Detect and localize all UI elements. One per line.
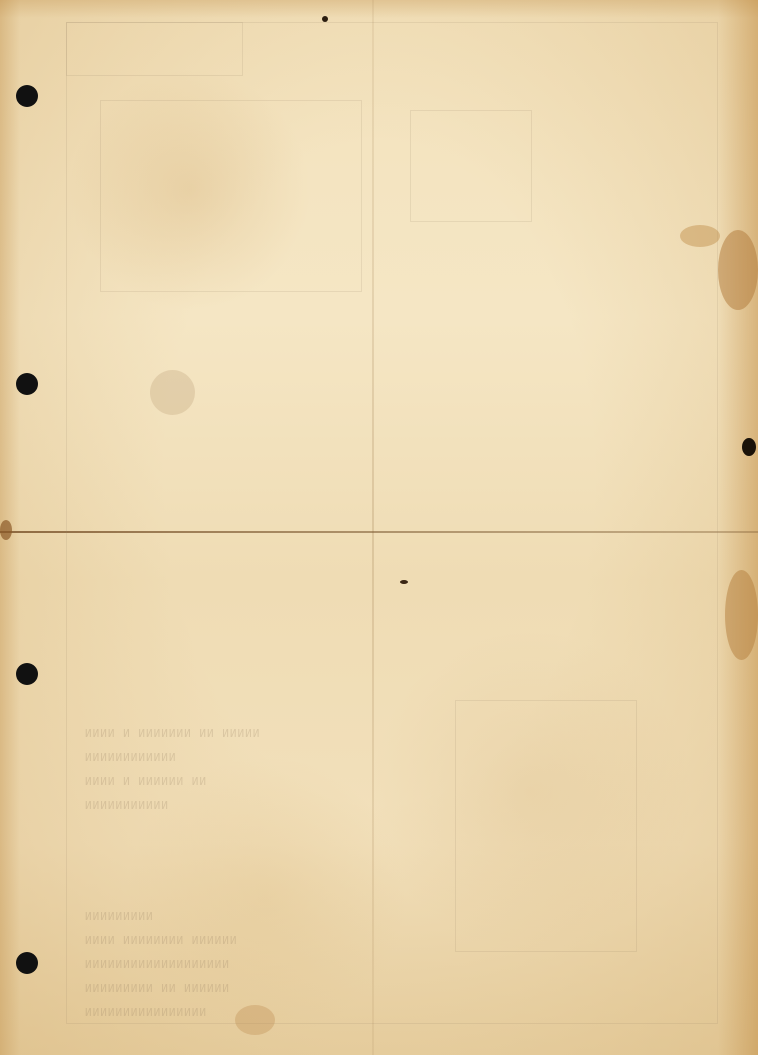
ink-speck <box>322 16 328 22</box>
faded-bleed-text: NNNNNNNNNNN <box>84 794 168 818</box>
water-stain <box>680 225 720 247</box>
edge-tear-stain <box>0 520 12 540</box>
water-stain <box>718 230 758 310</box>
faded-drawing-border <box>66 22 718 1024</box>
faded-bleed-text: NNNNN NN NNNNNNN N NNNN <box>84 722 259 746</box>
faded-bleed-text: NN NNNNNN N NNNN <box>84 770 206 794</box>
punch-hole <box>16 85 38 107</box>
punch-hole <box>16 952 38 974</box>
faded-bleed-text: NNNNNNNNN <box>84 905 153 929</box>
faded-bleed-text: NNNNNNNNNNNNNNNNNNN <box>84 953 229 977</box>
paper-edge-top <box>0 0 758 18</box>
faded-bleed-text: NNNNNN NN NNNNNNNNN <box>84 977 229 1001</box>
ink-speck <box>400 580 408 584</box>
smudge-stain <box>150 370 195 415</box>
punch-hole <box>16 663 38 685</box>
water-stain <box>725 570 758 660</box>
ink-blot <box>742 438 756 456</box>
water-stain <box>235 1005 275 1035</box>
aged-paper-sheet: NNNNN NN NNNNNNN N NNNN NNNNNNNNNNNN NN … <box>0 0 758 1055</box>
faded-bleed-text: NNNNNNNNNNNNNNNN <box>84 1001 206 1025</box>
punch-hole <box>16 373 38 395</box>
paper-edge-right <box>718 0 758 1055</box>
faded-bleed-text: NNNNNNNNNNNN <box>84 746 175 770</box>
faded-bleed-text: NNNNNN NNNNNNNN NNNN <box>84 929 236 953</box>
